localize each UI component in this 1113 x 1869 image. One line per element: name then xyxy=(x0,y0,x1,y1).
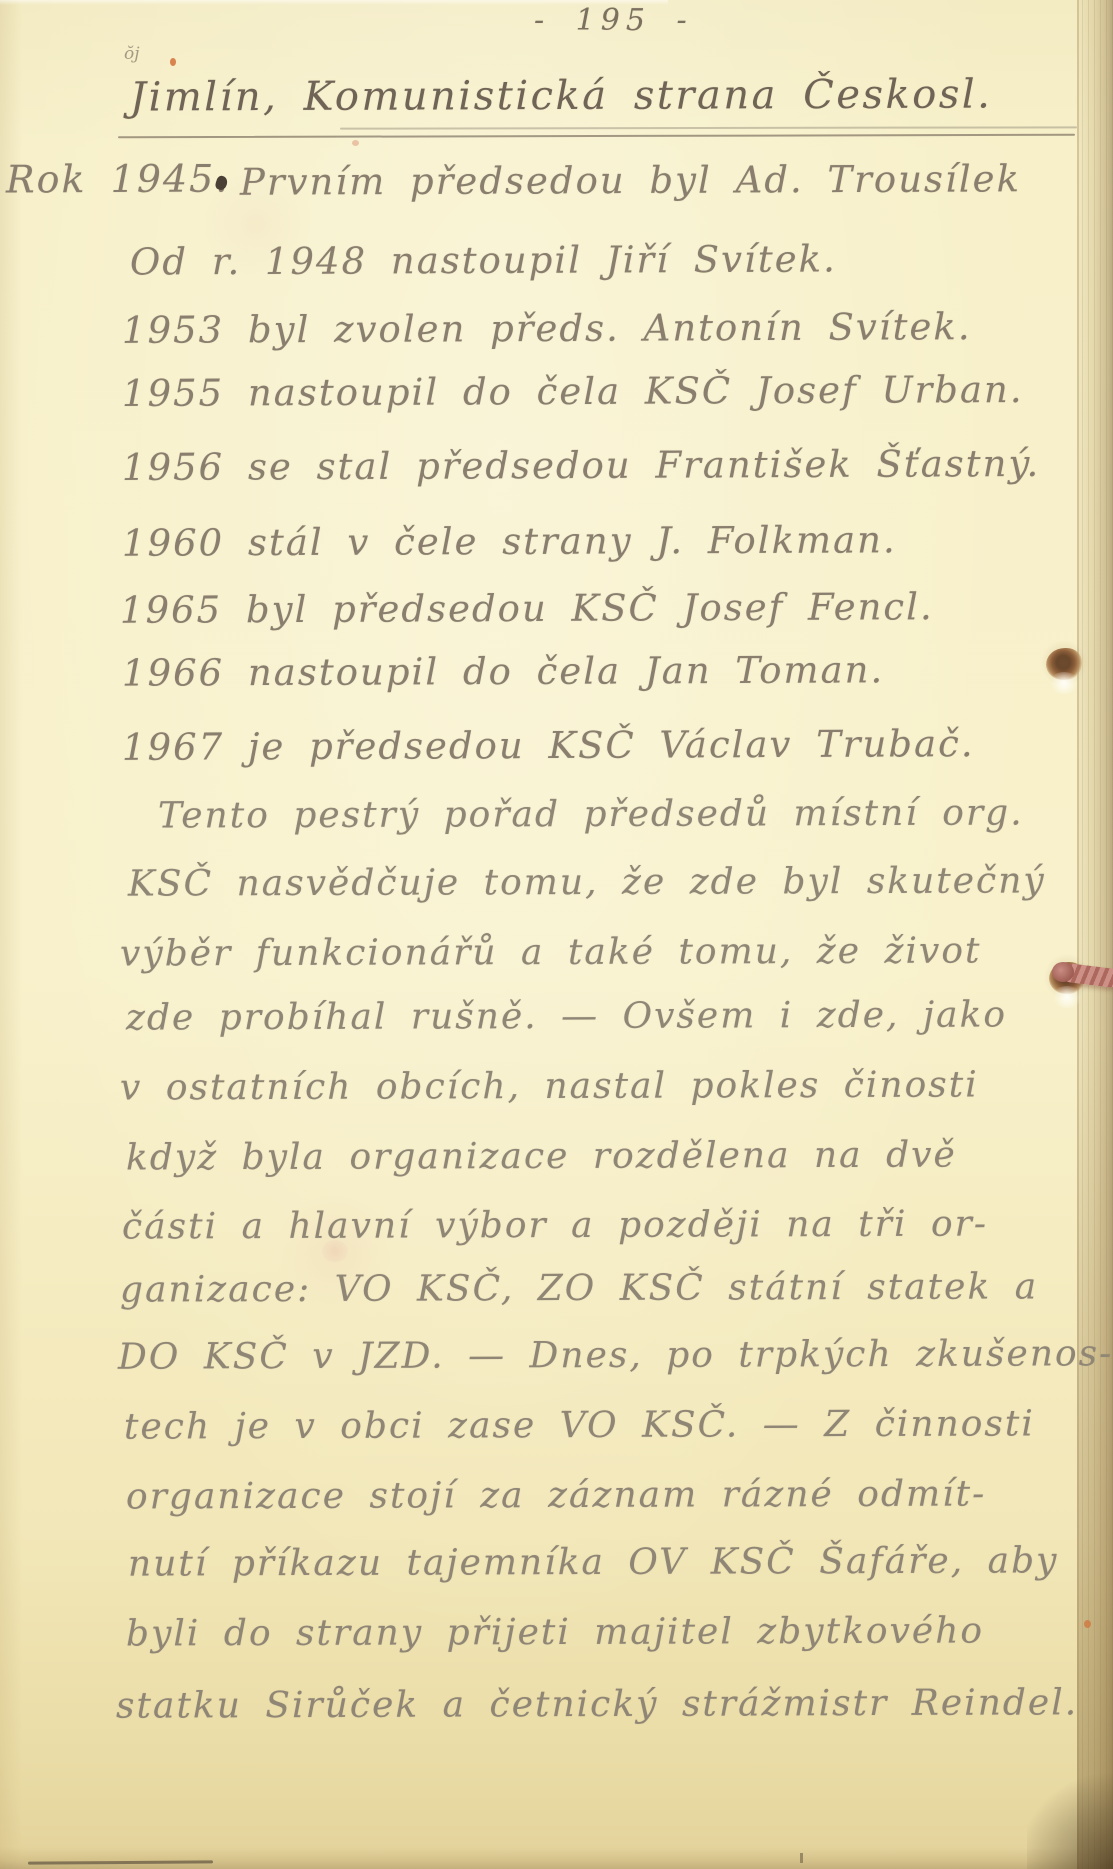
page-stack-edge xyxy=(1077,0,1113,1869)
paragraph-line: statku Sirůček a četnický strážmistr Rei… xyxy=(116,1685,1078,1724)
scan-bottom-edge xyxy=(0,1847,1113,1869)
chronicle-page: - 195 - ŏj Jimlín, Komunistická strana Č… xyxy=(0,0,1113,1869)
entry-line: 1960 stál v čele strany J. Folkman. xyxy=(122,521,897,561)
ink-speck xyxy=(170,58,176,66)
entry-line: Od r. 1948 nastoupil Jiří Svítek. xyxy=(130,240,837,280)
binding-string-knot xyxy=(1052,962,1074,982)
entry-line: 1965 byl předsedou KSČ Josef Fencl. xyxy=(120,588,934,629)
entry-line: 1956 se stal předsedou František Šťastný… xyxy=(122,445,1040,486)
paragraph-line: části a hlavní výbor a později na tři or… xyxy=(122,1206,988,1245)
paper-stain xyxy=(352,140,359,146)
paragraph-line: výběr funkcionářů a také tomu, že život xyxy=(120,933,982,972)
paragraph-line: když byla organizace rozdělena na dvě xyxy=(126,1138,957,1177)
paragraph-line: KSČ nasvědčuje tomu, že zde byl skutečný xyxy=(128,863,1046,902)
dark-corner xyxy=(1027,1765,1113,1869)
paragraph-line: DO KSČ v JZD. — Dnes, po trpkých zkušeno… xyxy=(118,1336,1113,1375)
margin-note: Rok 1945. xyxy=(6,160,230,199)
entry-line: 1955 nastoupil do čela KSČ Josef Urban. xyxy=(122,371,1024,412)
title-underline-faint xyxy=(340,126,1077,129)
ink-speck xyxy=(1084,1620,1091,1628)
entry-line: Prvním předsedou byl Ad. Trousílek xyxy=(240,160,1021,200)
paragraph-line: ganizace: VO KSČ, ZO KSČ státní statek a xyxy=(120,1269,1038,1308)
paragraph-line: organizace stojí za záznam rázné odmít- xyxy=(126,1476,986,1515)
entry-line: 1967 je předsedou KSČ Václav Trubač. xyxy=(122,725,975,766)
stray-annotation: ŏj xyxy=(124,44,140,64)
paragraph-line: byli do strany přijeti majitel zbytkovéh… xyxy=(126,1614,984,1653)
title-underline xyxy=(118,134,1075,139)
entry-line: 1953 byl zvolen předs. Antonín Svítek. xyxy=(122,308,972,349)
paragraph-line: zde probíhal rušně. — Ovšem i zde, jako xyxy=(126,997,1007,1036)
paragraph-line: v ostatních obcích, nastal pokles činost… xyxy=(120,1068,979,1107)
page-title: Jimlín, Komunistická strana Českosl. xyxy=(130,74,992,117)
entry-line: 1966 nastoupil do čela Jan Toman. xyxy=(122,651,884,691)
bottom-center-mark xyxy=(800,1853,803,1863)
paragraph-line: tech je v obci zase VO KSČ. — Z činnosti xyxy=(124,1406,1035,1445)
page-edge-crease xyxy=(1077,0,1079,1869)
page-number: - 195 - xyxy=(534,6,693,36)
paragraph-line: nutí příkazu tajemníka OV KSČ Šafáře, ab… xyxy=(128,1543,1059,1582)
paragraph-line: Tento pestrý pořad předsedů místní org. xyxy=(158,795,1024,834)
binding-hole-top xyxy=(1046,648,1082,680)
